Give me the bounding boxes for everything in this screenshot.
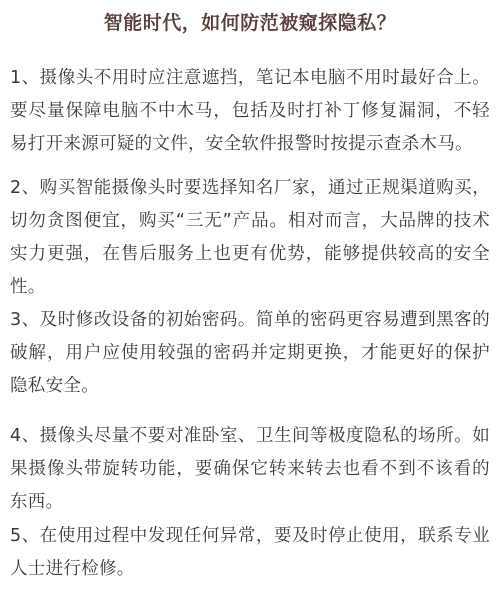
tip-item-4: 4、摄像头尽量不要对准卧室、卫生间等极度隐私的场所。如果摄像头带旋转功能，要确保… [10,420,490,519]
tip-item-1: 1、摄像头不用时应注意遮挡，笔记本电脑不用时最好合上。要尽量保障电脑不中木马，包… [10,62,490,161]
tip-item-2: 2、购买智能摄像头时要选择知名厂家，通过正规渠道购买，切勿贪图便宜，购买“三无”… [10,172,490,304]
article-page: 智能时代，如何防范被窥探隐私？ 1、摄像头不用时应注意遮挡，笔记本电脑不用时最好… [0,0,500,590]
article-title: 智能时代，如何防范被窥探隐私？ [10,0,490,45]
tip-item-3: 3、及时修改设备的初始密码。简单的密码更容易遭到黑客的破解，用户应使用较强的密码… [10,304,490,403]
tip-item-5: 5、在使用过程中发现任何异常，要及时停止使用，联系专业人士进行检修。 [10,520,490,586]
